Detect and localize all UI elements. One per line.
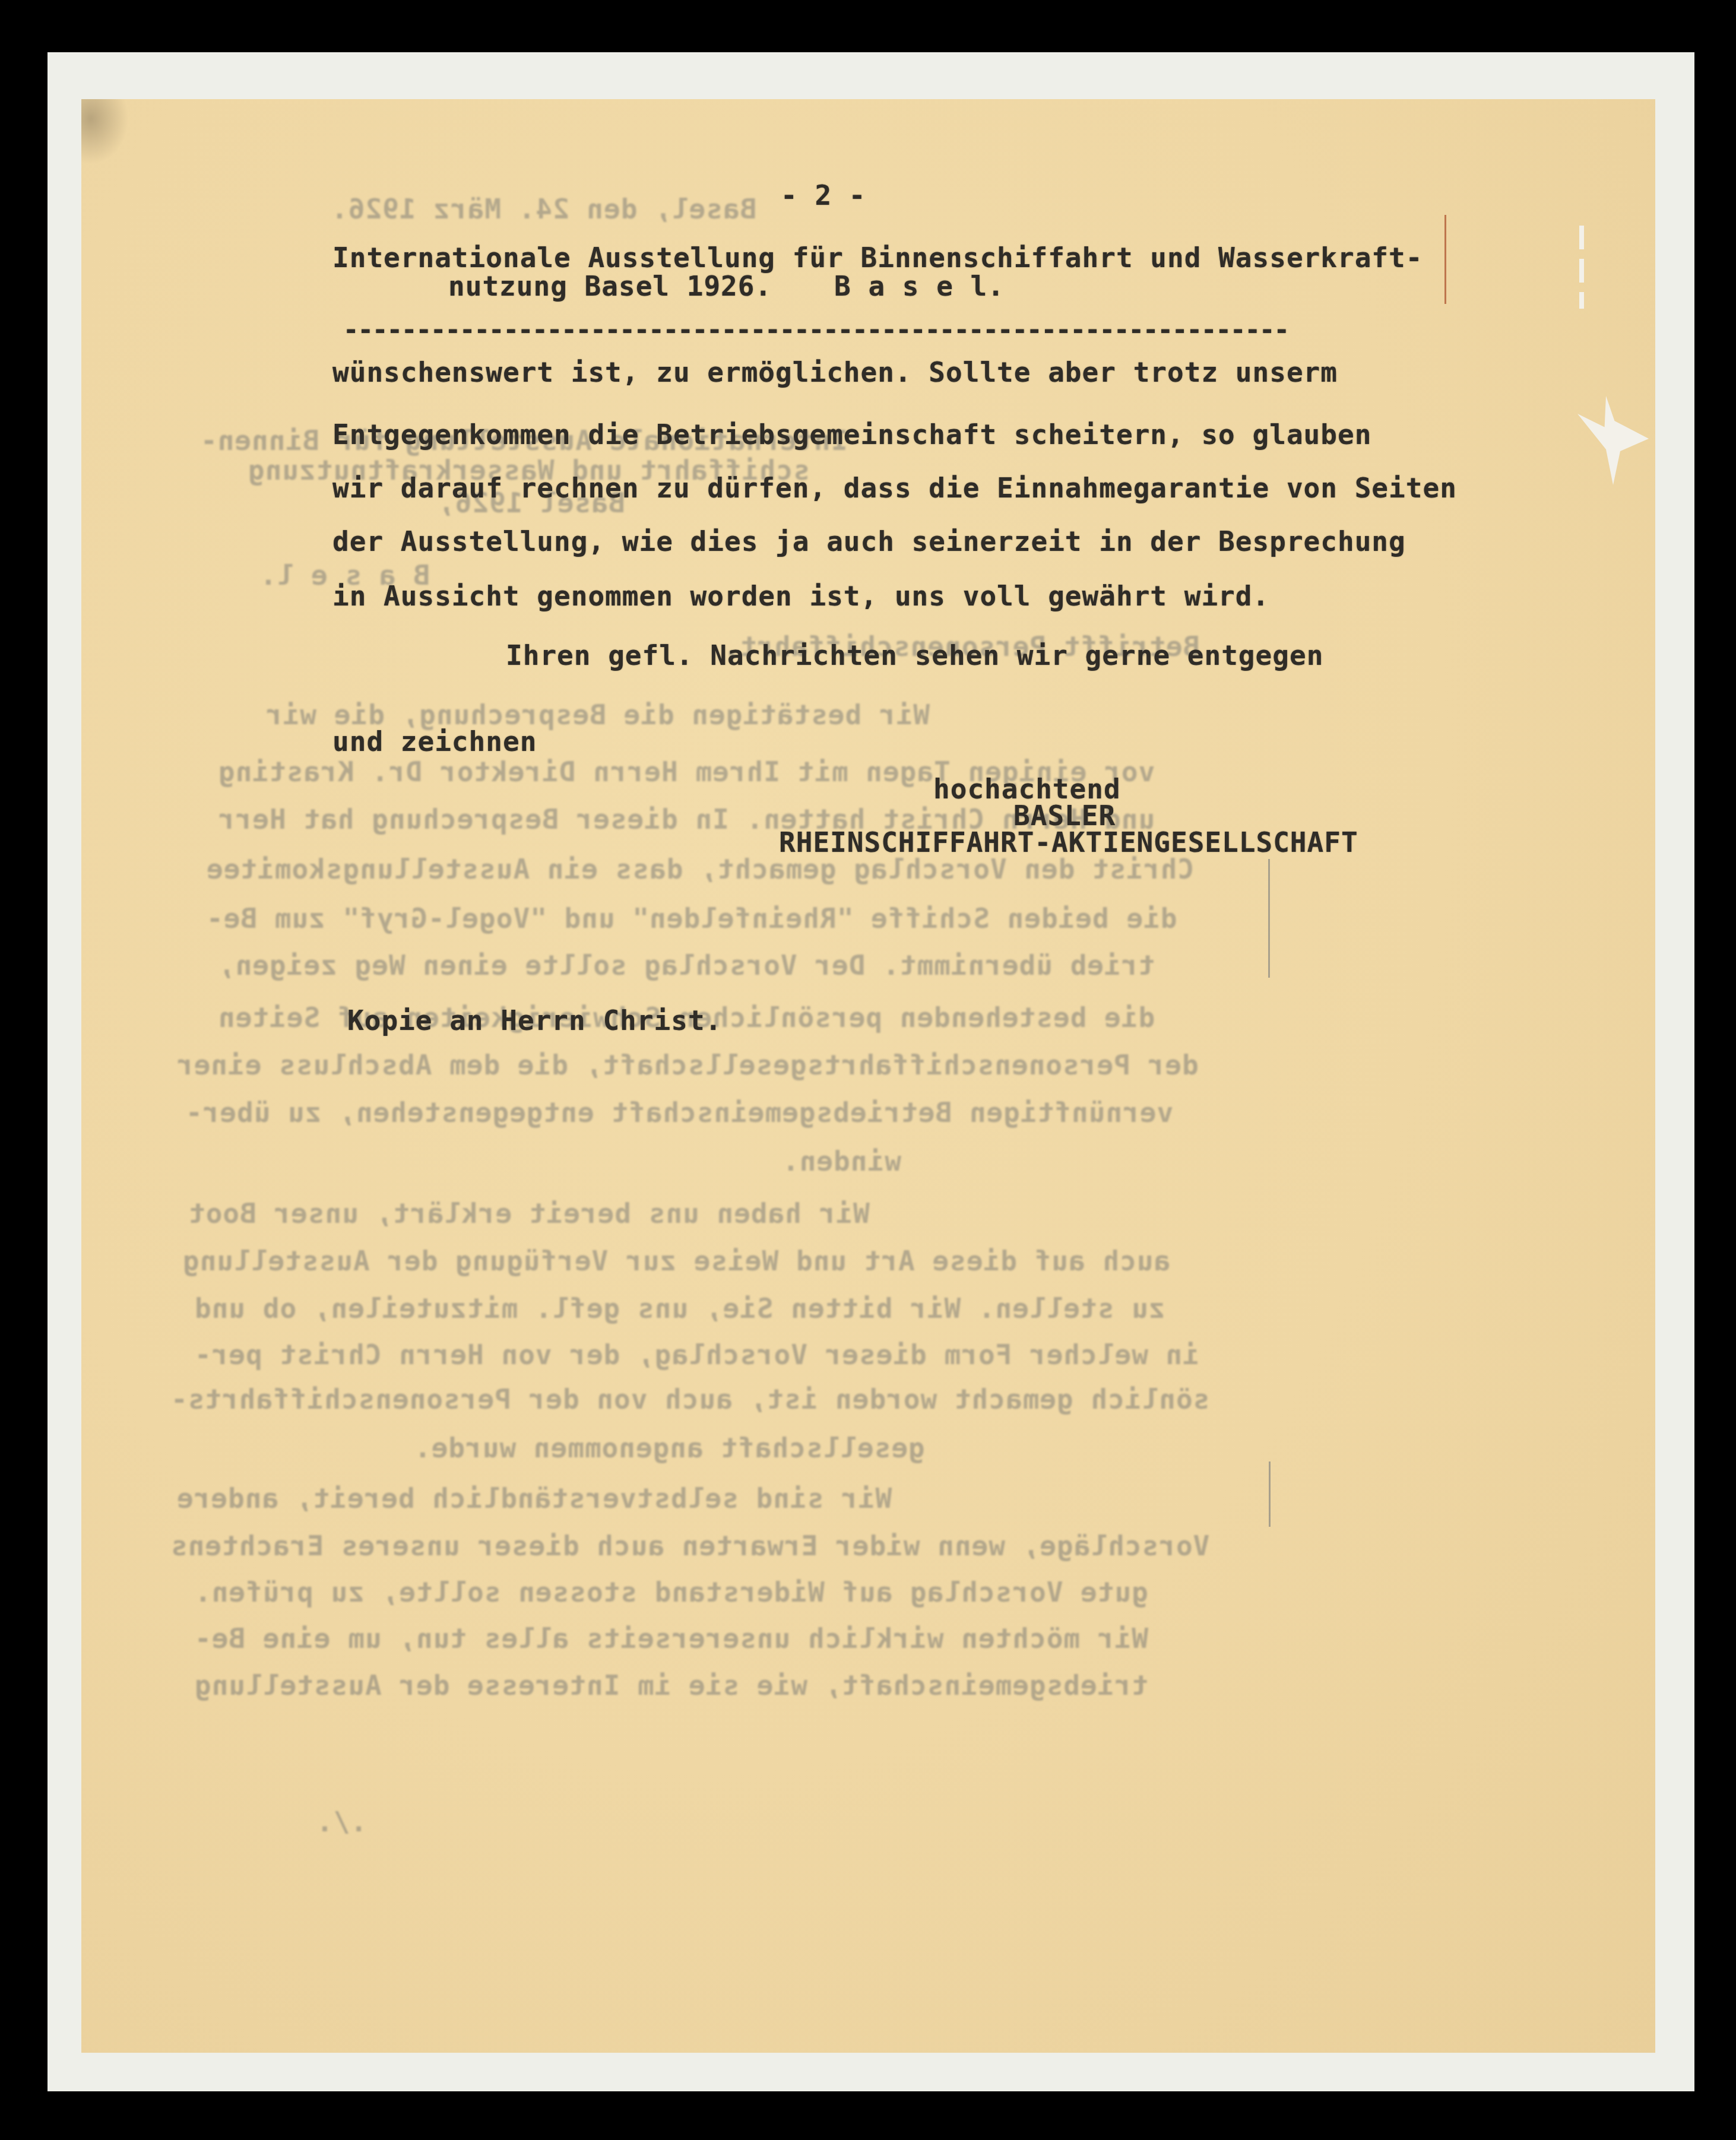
closing-line-2: und zeichnen	[332, 725, 537, 757]
page-number: - 2 -	[781, 179, 866, 211]
bleed-through-line: Wir sind selbstverständlich bereit, ande…	[176, 1482, 892, 1514]
bleed-through-continuation-mark: ./.	[316, 1806, 367, 1838]
letterhead-line-2: nutzung Basel 1926.	[448, 270, 772, 302]
signature-company-line-2: RHEINSCHIFFAHRT-AKTIENGESELLSCHAFT	[779, 826, 1358, 858]
bleed-through-line: in welcher Form dieser Vorschlag, der vo…	[194, 1339, 1199, 1371]
bleed-through-line: vernünftigen Betriebsgemeinschaft entgeg…	[185, 1096, 1173, 1128]
bleed-through-line: gesellschaft angenommen wurde.	[414, 1432, 925, 1464]
letter-page: Basel, den 24. März 1926. Internationale…	[81, 99, 1655, 2053]
bleed-through-line: Wir haben uns bereit erklärt, unser Boot	[188, 1197, 870, 1229]
header-separator: ----------------------------------------…	[343, 315, 1483, 345]
copy-note: Kopie an Herrn Christ.	[347, 1004, 722, 1036]
red-pencil-mark	[1444, 215, 1446, 304]
bleed-through-line: zu stellen. Wir bitten Sie, uns gefl. mi…	[194, 1292, 1165, 1324]
bleed-through-line: sönlich gemacht worden ist, auch von der…	[170, 1383, 1209, 1415]
body-line: Entgegenkommen die Betriebsgemeinschaft …	[332, 419, 1371, 451]
bleed-through-line: die beiden Schiffe "Rheinfelden" und "Vo…	[206, 902, 1177, 934]
closing-line-1: Ihren gefl. Nachrichten sehen wir gerne …	[506, 639, 1323, 671]
bleed-through-date: Basel, den 24. März 1926.	[331, 193, 756, 225]
bleed-through-line: Wir möchten wirklich unsererseits alles …	[194, 1622, 1148, 1654]
body-line: wir darauf rechnen zu dürfen, dass die E…	[332, 472, 1457, 504]
bleed-through-line: Vorschläge, wenn wider Erwarten auch die…	[170, 1530, 1209, 1562]
body-line: der Ausstellung, wie dies ja auch seiner…	[332, 525, 1406, 557]
bleed-through-line: gute Vorschlag auf Widerstand stossen so…	[194, 1576, 1148, 1608]
paper-tear-strip	[1579, 226, 1584, 309]
bleed-through-line: auch auf diese Art und Weise zur Verfügu…	[182, 1245, 1170, 1277]
body-line: in Aussicht genommen worden ist, uns vol…	[332, 580, 1269, 612]
paper-stain	[81, 99, 129, 164]
letterhead-city: B a s e l.	[834, 270, 1005, 302]
bleed-through-line: der Personenschiffahrtsgesellschaft, die…	[176, 1049, 1199, 1081]
bleed-through-line: winden.	[782, 1145, 901, 1177]
bleed-through-line: trieb übernimmt. Der Vorschlag sollte ei…	[218, 949, 1155, 981]
margin-rule	[1269, 1461, 1271, 1527]
letterhead-line-1: Internationale Ausstellung für Binnensch…	[332, 242, 1423, 274]
paper-tear	[1577, 396, 1649, 485]
margin-rule	[1268, 859, 1270, 978]
body-line: wünschenswert ist, zu ermöglichen. Sollt…	[332, 356, 1338, 388]
bleed-through-line: triebsgemeinschaft, wie sie im Interesse…	[194, 1669, 1148, 1701]
